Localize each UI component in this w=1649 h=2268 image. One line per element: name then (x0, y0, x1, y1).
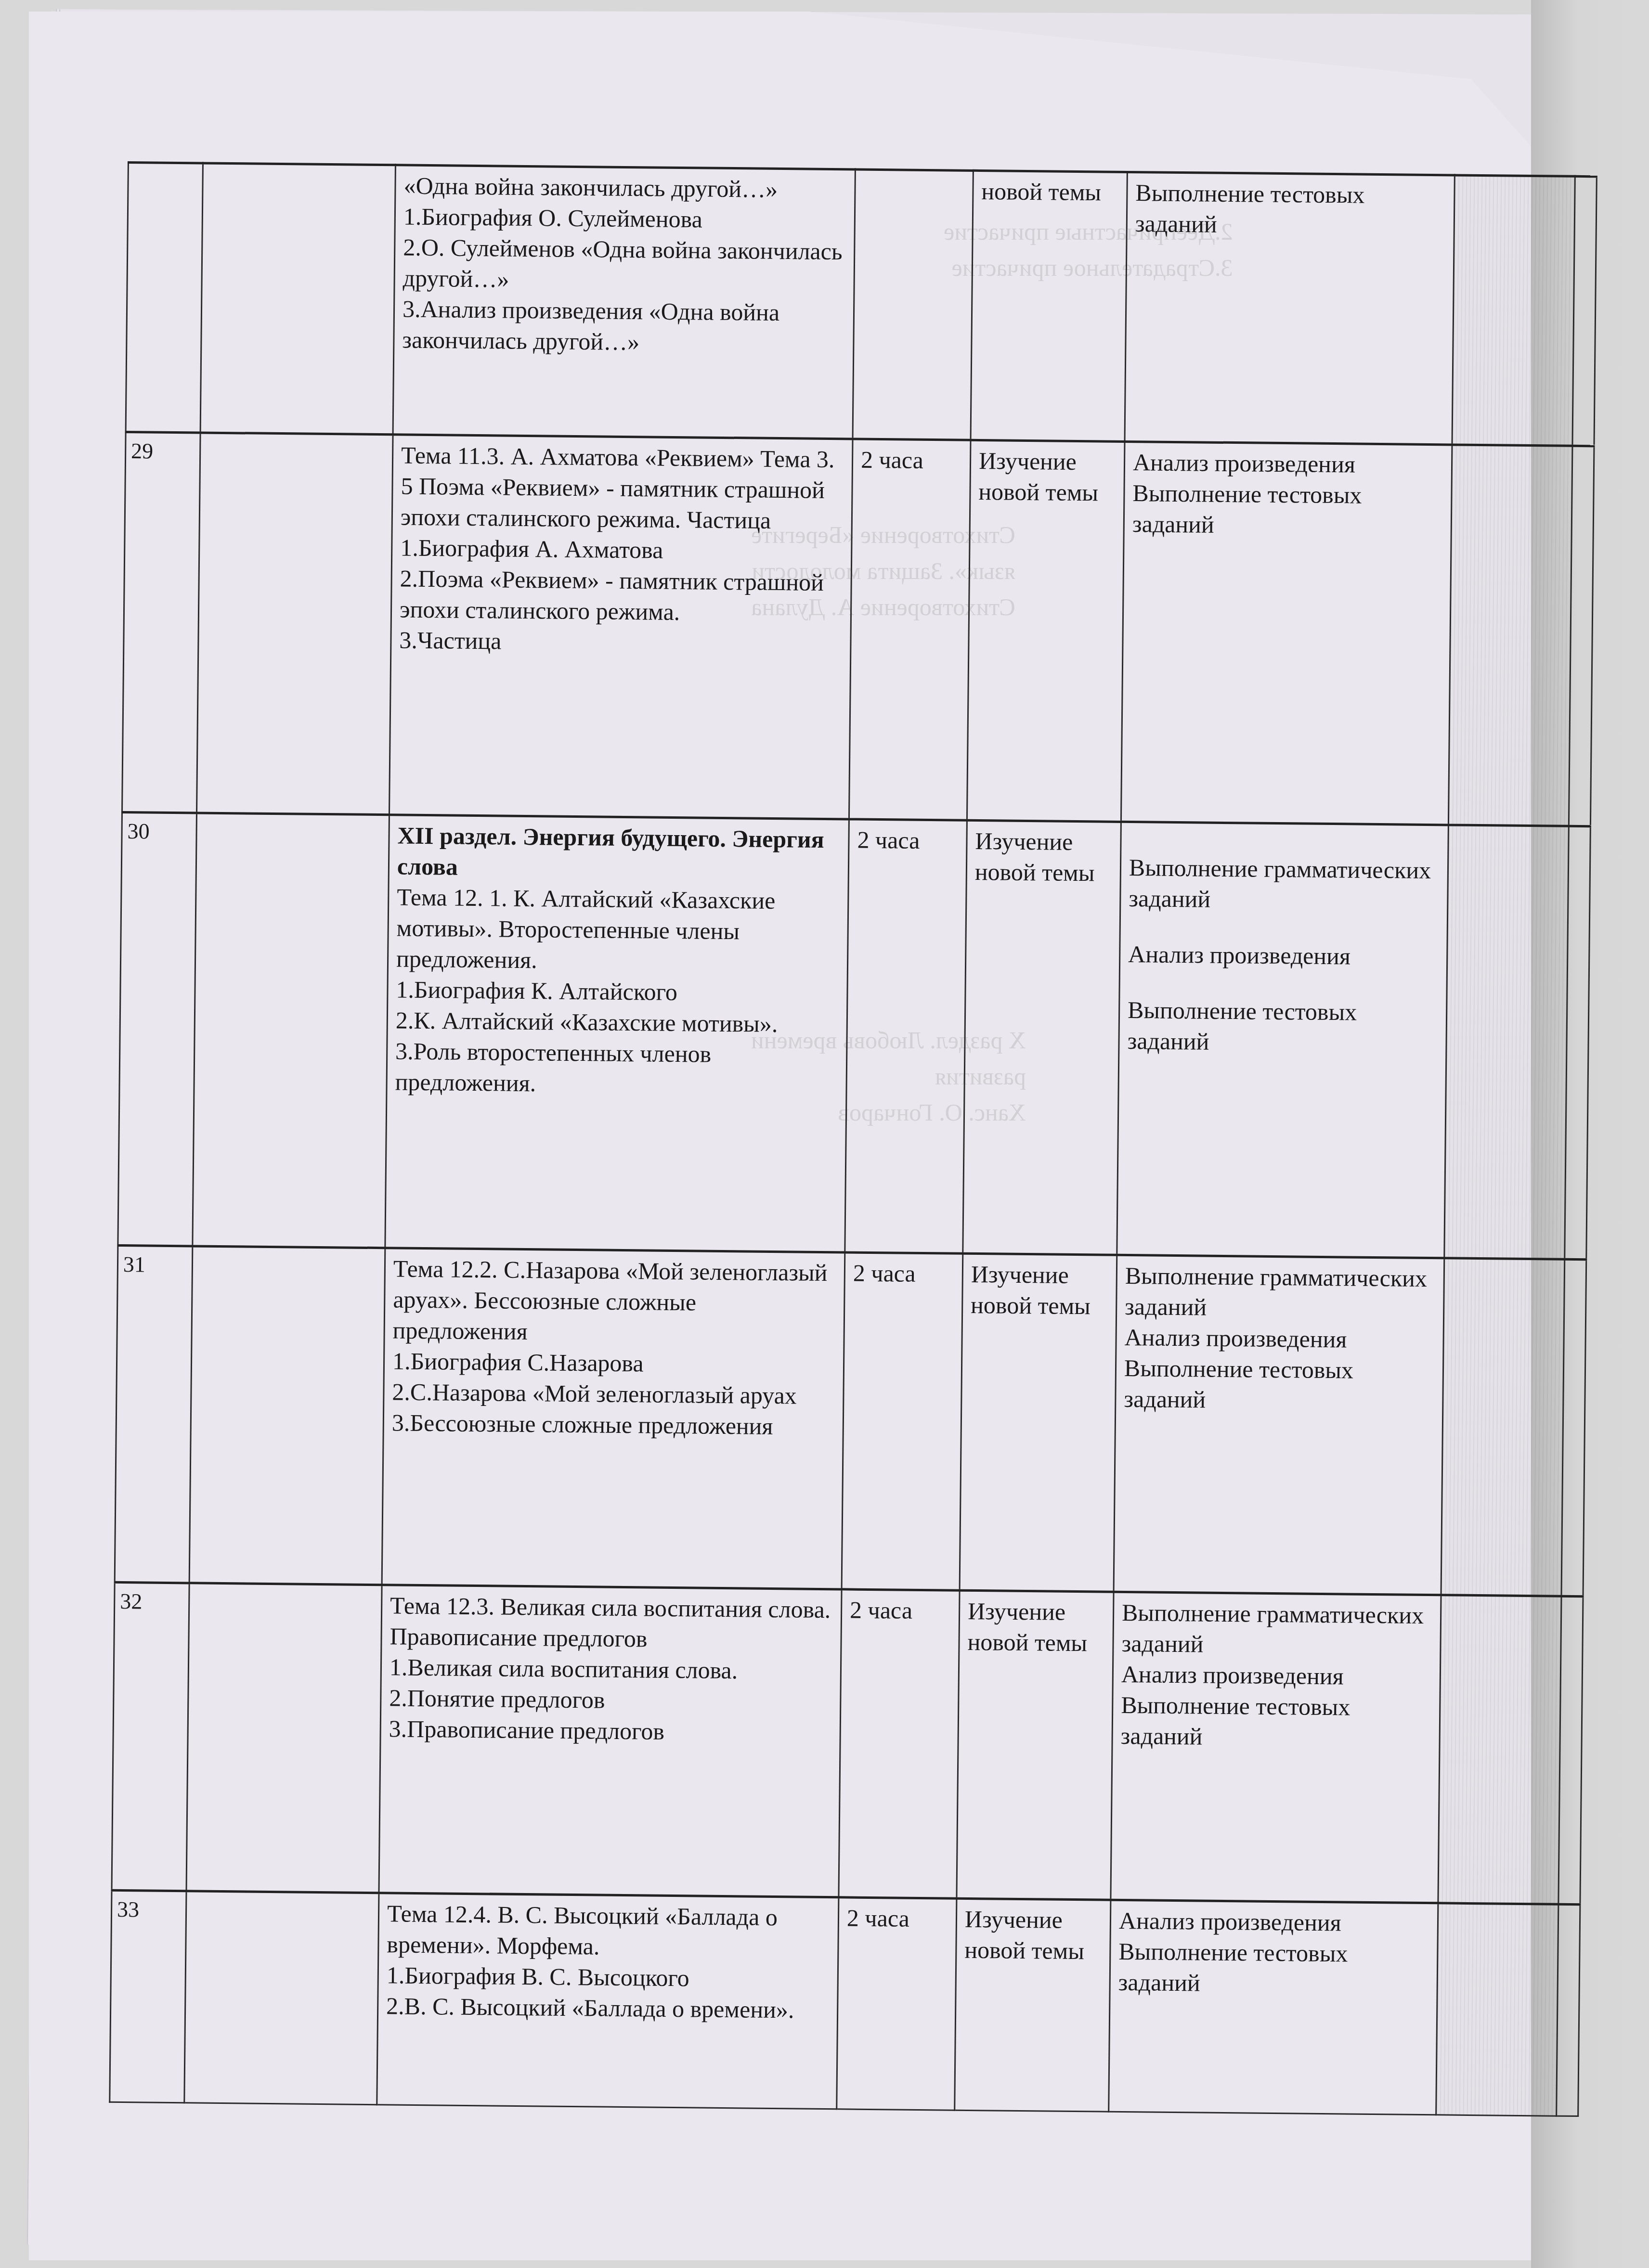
table-row: «Одна война закончилась другой…»1.Биогра… (126, 163, 1597, 446)
task-item: Анализ произведения (1121, 1659, 1433, 1692)
notes-cell (1448, 445, 1572, 826)
lesson-type: Изучение новой темы (971, 1261, 1091, 1319)
tasks-cell: Выполнение грамматических заданийАнализ … (1114, 1255, 1444, 1595)
topic-subpoint: 3.Бессоюзные сложные предложения (392, 1407, 836, 1442)
hours-cell: 2 часа (845, 819, 967, 1253)
tasks-cell: Анализ произведенияВыполнение тестовых з… (1121, 441, 1452, 825)
row-number-cell: 30 (118, 812, 197, 1246)
topic-subpoint: 2.Поэма «Реквием» - памятник страшной эп… (400, 563, 844, 629)
table-row: 29Тема 11.3. А. Ахматова «Реквием» Тема … (122, 432, 1594, 826)
date-cell (189, 1246, 385, 1585)
row-number: 31 (123, 1252, 145, 1276)
extra-cell (1565, 826, 1591, 1259)
lesson-type: Изучение новой темы (978, 447, 1098, 506)
tasks-cell: Выполнение грамматических заданийАнализ … (1117, 822, 1449, 1258)
lesson-type-cell: новой темы (971, 170, 1127, 441)
row-number-cell: 29 (122, 432, 201, 812)
task-item: Выполнение тестовых заданий (1127, 994, 1439, 1059)
date-cell (193, 813, 390, 1248)
hours-value: 2 часа (853, 1260, 916, 1287)
table-row: 33Тема 12.4. В. С. Высоцкий «Баллада о в… (110, 1890, 1580, 2116)
hours-value: 2 часа (861, 446, 923, 474)
row-number-cell: 33 (110, 1890, 186, 2102)
date-cell (200, 163, 395, 435)
topic-cell: Тема 12.4. В. С. Высоцкий «Баллада о вре… (377, 1893, 839, 2109)
topic-subpoint: 1.Биография А. Ахматова (400, 532, 844, 567)
spacer (1128, 969, 1439, 997)
topic-subpoint: 2.С.Назарова «Мой зеленоглазый аруах (392, 1376, 836, 1411)
date-cell (184, 1891, 379, 2105)
extra-cell (1572, 176, 1597, 446)
topic-subpoint: 1.Биография В. С. Высоцкого (387, 1959, 831, 1995)
task-item: Выполнение тестовых заданий (1120, 1689, 1432, 1754)
lesson-plan-table: «Одна война закончилась другой…»1.Биогра… (109, 161, 1597, 2117)
date-cell (186, 1583, 382, 1893)
lesson-type-cell: Изучение новой темы (955, 1898, 1111, 2112)
topic-cell: Тема 11.3. А. Ахматова «Реквием» Тема 3.… (389, 435, 853, 819)
lesson-type-cell: Изучение новой темы (960, 1253, 1117, 1592)
topic-cell: Тема 12.3. Великая сила воспитания слова… (379, 1585, 842, 1897)
extra-cell (1558, 1596, 1583, 1904)
row-number-cell (126, 163, 203, 433)
topic-cell: Тема 12.2. С.Назарова «Мой зеленоглазый … (382, 1248, 845, 1589)
lesson-type-cell: Изучение новой темы (967, 440, 1125, 822)
table-row: 31Тема 12.2. С.Назарова «Мой зеленоглазы… (115, 1245, 1586, 1596)
notes-cell (1436, 1903, 1558, 2116)
topic-cell: XII раздел. Энергия будущего. Энергия сл… (385, 815, 849, 1252)
topic-subpoint: 1.Биография О. Сулейменова (403, 201, 848, 236)
row-number-cell: 31 (115, 1245, 193, 1583)
hours-value: 2 часа (857, 826, 920, 854)
task-item: Выполнение тестовых заданий (1118, 1936, 1430, 2000)
spacer (1129, 914, 1440, 941)
lesson-type: Изучение новой темы (964, 1906, 1084, 1964)
topic-subpoint: 1.Биография С.Назарова (392, 1345, 837, 1380)
tasks-cell: Выполнение тестовых заданий (1125, 172, 1454, 445)
date-cell (197, 433, 393, 815)
tasks-cell: Выполнение грамматических заданийАнализ … (1111, 1592, 1441, 1903)
notes-cell (1444, 825, 1569, 1259)
lesson-type: Изучение новой темы (975, 827, 1095, 886)
topic-subpoint: 2.Понятие предлогов (389, 1682, 833, 1717)
topic-title: Тема 11.3. А. Ахматова «Реквием» Тема 3.… (401, 439, 845, 536)
row-number-cell: 32 (112, 1582, 189, 1891)
task-item: Выполнение грамматических заданий (1121, 1597, 1433, 1662)
topic-subpoint: 3.Правописание предлогов (389, 1713, 833, 1748)
table-row: 30XII раздел. Энергия будущего. Энергия … (118, 812, 1590, 1259)
topic-title: Тема 12.4. В. С. Высоцкий «Баллада о вре… (387, 1898, 831, 1964)
tasks-cell: Анализ произведенияВыполнение тестовых з… (1109, 1900, 1438, 2115)
hours-cell: 2 часа (842, 1252, 963, 1590)
topic-subpoint: 2.О. Сулейменов «Одна война закончилась … (403, 232, 847, 298)
hours-cell: 2 часа (837, 1897, 957, 2110)
topic-title: Тема 12.3. Великая сила воспитания слова… (390, 1590, 834, 1656)
hours-cell: 2 часа (839, 1589, 960, 1898)
table-row: 32Тема 12.3. Великая сила воспитания сло… (112, 1582, 1583, 1904)
hours-value: 2 часа (847, 1905, 909, 1932)
task-item: Выполнение грамматических заданий (1125, 1260, 1437, 1325)
extra-cell (1561, 1259, 1586, 1596)
extra-cell (1569, 446, 1594, 826)
task-item: Анализ произведения (1124, 1322, 1436, 1355)
hours-value: 2 часа (850, 1597, 912, 1624)
topic-cell: «Одна война закончилась другой…»1.Биогра… (393, 165, 855, 439)
topic-title: «Одна война закончилась другой…» (403, 170, 848, 206)
task-item: Выполнение тестовых заданий (1132, 477, 1444, 542)
task-item: Анализ произведения (1119, 1905, 1431, 1939)
topic-subpoint: 3.Роль второстепенных членов предложения… (395, 1035, 839, 1101)
lesson-type: новой темы (981, 178, 1101, 206)
topic-subpoint: 2.В. С. Высоцкий «Баллада о времени». (386, 1990, 831, 2025)
row-number: 29 (131, 438, 153, 463)
section-title: XII раздел. Энергия будущего. Энергия сл… (397, 820, 842, 886)
notes-cell (1452, 175, 1575, 446)
notes-cell (1438, 1595, 1561, 1904)
row-number: 32 (120, 1589, 142, 1613)
extra-cell (1557, 1904, 1580, 2116)
topic-subpoint: 2.К. Алтайский «Казахские мотивы». (396, 1005, 840, 1040)
lesson-type: Изучение новой темы (967, 1598, 1087, 1656)
hours-cell (853, 169, 973, 440)
hours-cell: 2 часа (849, 439, 971, 820)
topic-subpoint: 1.Биография К. Алтайского (396, 974, 840, 1009)
task-item: Выполнение тестовых заданий (1135, 177, 1447, 242)
task-item: Выполнение тестовых заданий (1124, 1353, 1436, 1417)
task-item: Анализ произведения (1133, 447, 1445, 480)
topic-title: Тема 12. 1. К. Алтайский «Казахские моти… (396, 881, 841, 978)
lesson-type-cell: Изучение новой темы (957, 1590, 1114, 1900)
topic-subpoint: 3.Анализ произведения «Одна война законч… (402, 293, 846, 359)
topic-subpoint: 3.Частица (399, 624, 844, 659)
task-item: Выполнение грамматических заданий (1129, 852, 1441, 916)
row-number: 33 (117, 1897, 139, 1921)
spacer (1129, 827, 1441, 855)
row-number: 30 (127, 819, 149, 843)
topic-title: Тема 12.2. С.Назарова «Мой зеленоглазый … (392, 1253, 837, 1350)
notes-cell (1441, 1258, 1565, 1596)
topic-subpoint: 1.Великая сила воспитания слова. (390, 1651, 834, 1687)
task-item: Анализ произведения (1128, 939, 1440, 972)
lesson-type-cell: Изучение новой темы (963, 820, 1121, 1255)
